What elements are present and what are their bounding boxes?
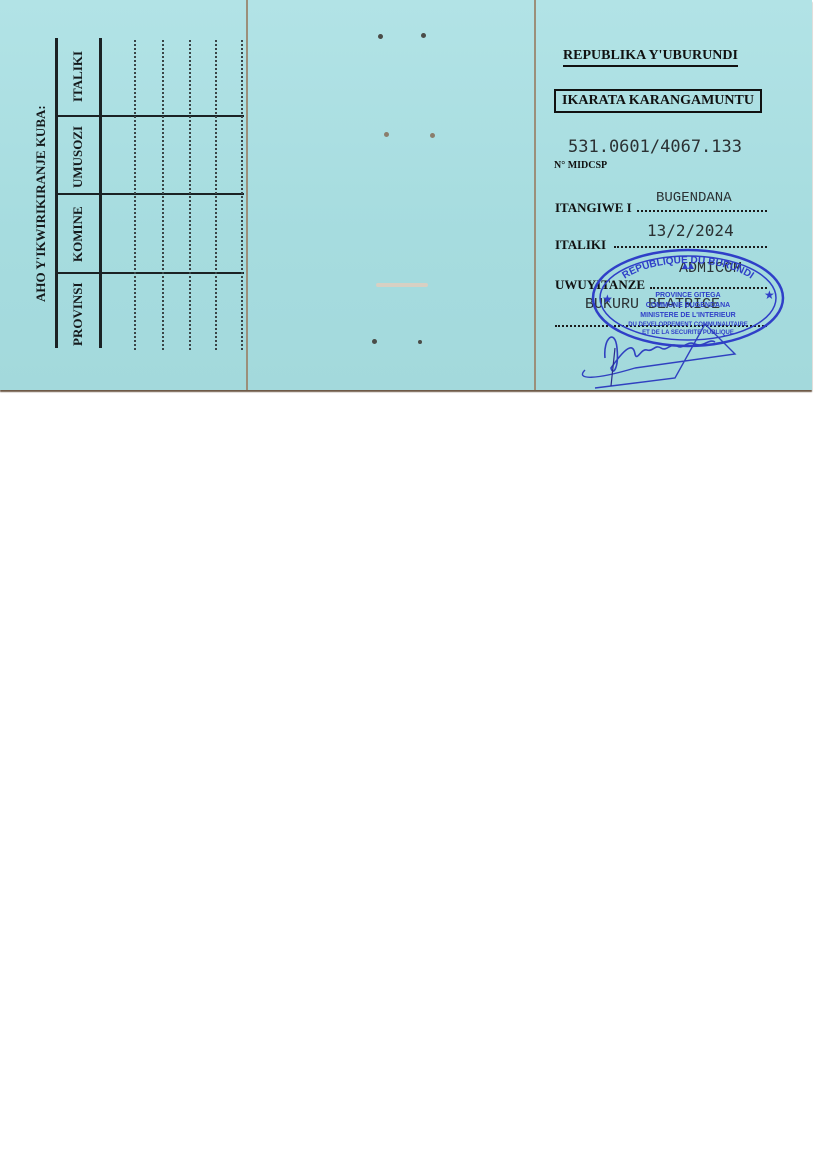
svg-text:REPUBLIQUE DU BURUNDI: REPUBLIQUE DU BURUNDI bbox=[621, 255, 756, 282]
staple-hole bbox=[378, 34, 383, 39]
country-title: REPUBLIKA Y'UBURUNDI bbox=[563, 48, 738, 67]
staple-hole bbox=[430, 133, 435, 138]
staple-hole bbox=[372, 339, 377, 344]
stamp-line-1: PROVINCE GITEGA bbox=[655, 292, 720, 299]
card-title: IKARATA KARANGAMUNTU bbox=[554, 89, 762, 113]
id-card: AHO Y'IKWIRIKIRANJE KUBA: ITALIKI UMUSOZ… bbox=[0, 0, 812, 390]
entry-line bbox=[241, 40, 243, 350]
entry-line bbox=[189, 40, 191, 350]
entry-line bbox=[162, 40, 164, 350]
entry-line bbox=[134, 40, 136, 350]
header-umusozi: UMUSOZI bbox=[70, 126, 86, 188]
stamp-line-2: COMMUNE BUGENDANA bbox=[646, 302, 730, 309]
svg-text:★: ★ bbox=[602, 292, 613, 306]
left-panel-residence-table: AHO Y'IKWIRIKIRANJE KUBA: ITALIKI UMUSOZ… bbox=[0, 0, 248, 390]
staple-hole bbox=[384, 132, 389, 137]
issued-at-label: ITANGIWE I bbox=[555, 200, 632, 216]
header-provinsi: PROVINSI bbox=[70, 282, 86, 346]
issued-at-line bbox=[637, 210, 767, 212]
staple-hole bbox=[418, 340, 422, 344]
header-italiki: ITALIKI bbox=[70, 51, 86, 102]
header-komine: KOMINE bbox=[70, 206, 86, 262]
middle-panel-blank bbox=[248, 0, 536, 390]
staple-mark bbox=[376, 283, 428, 287]
id-number: 531.0601/4067.133 bbox=[568, 137, 742, 157]
svg-text:★: ★ bbox=[764, 288, 775, 302]
issued-at-value: BUGENDANA bbox=[656, 190, 732, 206]
staple-hole bbox=[421, 33, 426, 38]
date-value: 13/2/2024 bbox=[647, 221, 734, 240]
entry-line bbox=[215, 40, 217, 350]
stamp-outer-text: REPUBLIQUE DU BURUNDI bbox=[621, 255, 756, 282]
residence-heading: AHO Y'IKWIRIKIRANJE KUBA: bbox=[33, 105, 49, 302]
signature bbox=[575, 318, 755, 390]
id-number-label: N° MIDCSP bbox=[554, 160, 607, 171]
